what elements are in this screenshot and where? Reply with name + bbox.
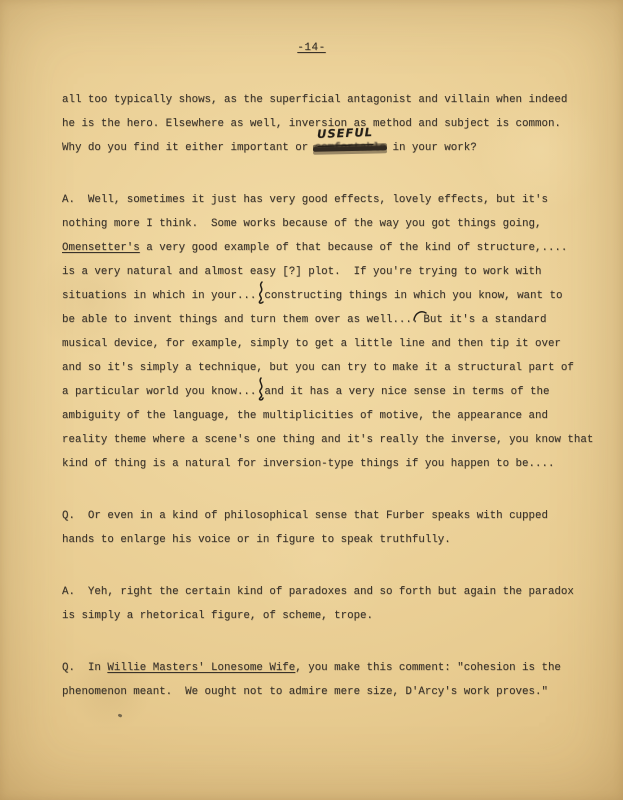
- text-line: be able to invent things and turn them o…: [62, 308, 597, 332]
- document-content: all too typically shows, as the superfic…: [62, 88, 597, 732]
- handwritten-useful-annotation: USEFUL: [316, 120, 373, 147]
- answer-paragraph-2: A. Yeh, right the certain kind of parado…: [62, 580, 597, 628]
- line-text: hands to enlarge his voice or in figure …: [62, 534, 451, 546]
- line-text: and it has a very nice sense in terms of…: [264, 386, 549, 398]
- line-text: situations in which in your...: [62, 290, 256, 302]
- text-line: Q. Or even in a kind of philosophical se…: [62, 504, 597, 528]
- line-text: , you make this comment: "cohesion is th…: [295, 662, 561, 674]
- text-line: Omensetter's a very good example of that…: [62, 236, 597, 260]
- opening-question-paragraph: all too typically shows, as the superfic…: [62, 88, 597, 160]
- text-line: reality theme where a scene's one thing …: [62, 428, 597, 452]
- line-text: A. Well, sometimes it just has very good…: [62, 194, 548, 206]
- text-line: is a very natural and almost easy [?] pl…: [62, 260, 597, 284]
- text-line: kind of thing is a natural for inversion…: [62, 452, 597, 476]
- line-text: Why do you find it either important or: [62, 142, 315, 154]
- text-line: musical device, for example, simply to g…: [62, 332, 597, 356]
- text-line: and so it's simply a technique, but you …: [62, 356, 597, 380]
- text-line: Q. In Willie Masters' Lonesome Wife, you…: [62, 656, 597, 680]
- text-line: nothing more I think. Some works because…: [62, 212, 597, 236]
- line-text: be able to invent things and turn them o…: [62, 314, 418, 326]
- question-paragraph-2: Q. In Willie Masters' Lonesome Wife, you…: [62, 656, 597, 704]
- underlined-title-willie-masters: Willie Masters' Lonesome Wife: [107, 662, 295, 674]
- question-paragraph-1: Q. Or even in a kind of philosophical se…: [62, 504, 597, 552]
- line-text: reality theme where a scene's one thing …: [62, 434, 593, 446]
- line-text: phenomenon meant. We ought not to admire…: [62, 686, 548, 698]
- text-line: A. Well, sometimes it just has very good…: [62, 188, 597, 212]
- text-line: hands to enlarge his voice or in figure …: [62, 528, 597, 552]
- line-text: A. Yeh, right the certain kind of parado…: [62, 586, 574, 598]
- line-text: kind of thing is a natural for inversion…: [62, 458, 554, 470]
- line-text: constructing things in which you know, w…: [264, 290, 562, 302]
- line-text: Q. Or even in a kind of philosophical se…: [62, 510, 548, 522]
- line-text: a very good example of that because of t…: [140, 242, 568, 254]
- page-number: -14-: [0, 42, 623, 54]
- text-line: is simply a rhetorical figure, of scheme…: [62, 604, 597, 628]
- text-line: situations in which in your...constructi…: [62, 284, 597, 308]
- underlined-title-omensetters: Omensetter's: [62, 242, 140, 254]
- text-line: all too typically shows, as the superfic…: [62, 88, 597, 112]
- line-text: is simply a rhetorical figure, of scheme…: [62, 610, 373, 622]
- text-line: a particular world you know...and it has…: [62, 380, 597, 404]
- text-line: A. Yeh, right the certain kind of parado…: [62, 580, 597, 604]
- line-text: But it's a standard: [423, 314, 546, 326]
- text-line: phenomenon meant. We ought not to admire…: [62, 680, 597, 704]
- line-text: all too typically shows, as the superfic…: [62, 94, 567, 106]
- crossed-out-word: comfortableUSEFUL: [315, 136, 386, 160]
- typewritten-document-page: -14- all too typically shows, as the sup…: [0, 0, 623, 800]
- text-line: ambiguity of the language, the multiplic…: [62, 404, 597, 428]
- line-text: nothing more I think. Some works because…: [62, 218, 541, 230]
- answer-paragraph-1: A. Well, sometimes it just has very good…: [62, 188, 597, 476]
- line-text: musical device, for example, simply to g…: [62, 338, 561, 350]
- line-text: a particular world you know...: [62, 386, 256, 398]
- text-line: Why do you find it either important or c…: [62, 136, 597, 160]
- line-text: Q. In: [62, 662, 107, 674]
- line-text: in your work?: [386, 142, 477, 154]
- line-text: and so it's simply a technique, but you …: [62, 362, 574, 374]
- line-text: is a very natural and almost easy [?] pl…: [62, 266, 541, 278]
- line-text: ambiguity of the language, the multiplic…: [62, 410, 548, 422]
- line-text: he is the hero. Elsewhere as well, inver…: [62, 118, 561, 130]
